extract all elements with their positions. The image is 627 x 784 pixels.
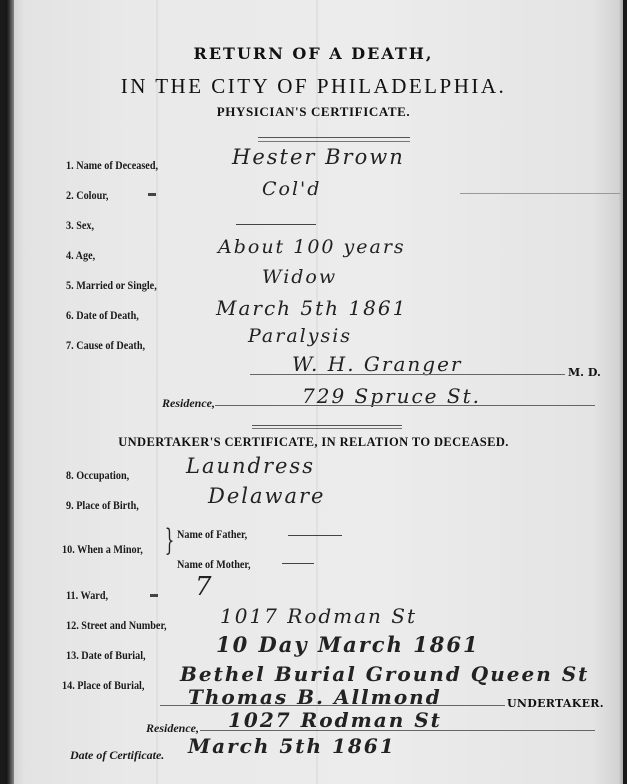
field-value-burial-place: Bethel Burial Ground Queen St bbox=[180, 662, 589, 686]
field-value-sex-dash bbox=[236, 224, 316, 225]
mother-value-dash bbox=[282, 563, 314, 564]
field-label-burial-date: 13. Date of Burial, bbox=[66, 648, 146, 663]
dash-mark bbox=[148, 193, 156, 196]
signature-line bbox=[250, 374, 565, 375]
signature-line bbox=[160, 705, 505, 706]
field-value-colour: Col'd bbox=[262, 178, 321, 200]
field-label-marital: 5. Married or Single, bbox=[66, 278, 157, 293]
residence-line bbox=[215, 405, 595, 406]
father-label: Name of Father, bbox=[177, 527, 247, 542]
dash-mark bbox=[150, 594, 158, 597]
certificate-date-value: March 5th 1861 bbox=[188, 734, 396, 758]
field-label-minor: 10. When a Minor, bbox=[62, 542, 143, 557]
divider bbox=[252, 425, 402, 429]
field-label-sex: 3. Sex, bbox=[66, 218, 94, 233]
field-value-age: About 100 years bbox=[218, 236, 406, 258]
field-value-marital: Widow bbox=[262, 266, 337, 288]
field-label-name: 1. Name of Deceased, bbox=[66, 158, 158, 173]
undertaker-residence-value: 1027 Rodman St bbox=[228, 708, 442, 732]
field-label-burial-place: 14. Place of Burial, bbox=[62, 678, 144, 693]
field-value-burial-date: 10 Day March 1861 bbox=[216, 632, 480, 657]
md-suffix: M. D. bbox=[568, 366, 601, 379]
physician-section-title: PHYSICIAN'S CERTIFICATE. bbox=[0, 104, 627, 120]
undertaker-suffix: UNDERTAKER. bbox=[507, 697, 604, 710]
field-label-occupation: 8. Occupation, bbox=[66, 468, 129, 483]
field-value-birthplace: Delaware bbox=[208, 484, 325, 508]
field-label-colour: 2. Colour, bbox=[66, 188, 108, 203]
brace-icon: } bbox=[165, 523, 175, 558]
mother-label: Name of Mother, bbox=[177, 557, 251, 572]
physician-residence-label: Residence, bbox=[162, 396, 215, 411]
field-value-ward: 7 bbox=[195, 572, 214, 602]
residence-line bbox=[200, 730, 595, 731]
undertaker-section-title: UNDERTAKER'S CERTIFICATE, IN RELATION TO… bbox=[0, 435, 627, 450]
field-value-date-of-death: March 5th 1861 bbox=[216, 296, 407, 320]
field-label-cause: 7. Cause of Death, bbox=[66, 338, 145, 353]
physician-signature: W. H. Granger bbox=[292, 352, 462, 376]
field-value-occupation: Laundress bbox=[186, 454, 315, 478]
field-label-age: 4. Age, bbox=[66, 248, 95, 263]
field-label-ward: 11. Ward, bbox=[66, 588, 108, 603]
document-title: RETURN OF A DEATH, bbox=[0, 44, 627, 63]
field-label-street: 12. Street and Number, bbox=[66, 618, 167, 633]
field-value-name: Hester Brown bbox=[232, 145, 405, 169]
document-subtitle: IN THE CITY OF PHILADELPHIA. bbox=[0, 74, 627, 99]
field-label-birthplace: 9. Place of Birth, bbox=[66, 498, 139, 513]
field-value-street: 1017 Rodman St bbox=[220, 604, 417, 628]
field-value-cause: Paralysis bbox=[248, 325, 352, 347]
faint-line bbox=[460, 193, 620, 194]
father-value-dash bbox=[288, 535, 342, 536]
field-label-date-of-death: 6. Date of Death, bbox=[66, 308, 139, 323]
divider bbox=[258, 137, 410, 142]
certificate-date-label: Date of Certificate. bbox=[70, 748, 164, 763]
